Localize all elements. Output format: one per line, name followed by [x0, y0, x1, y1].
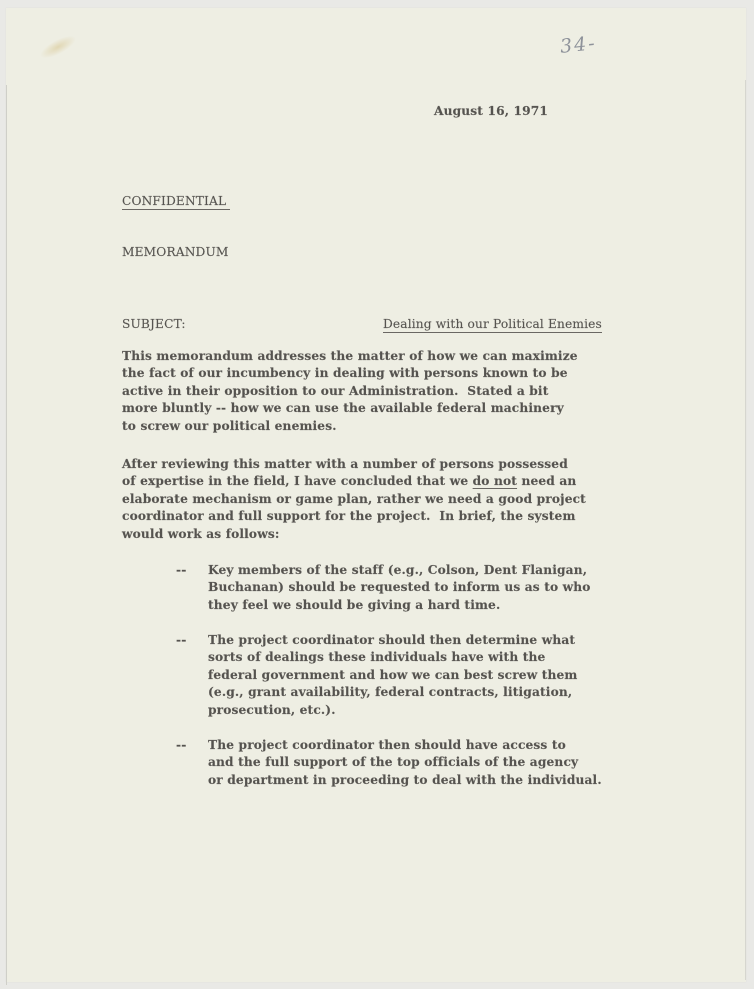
- text-line: Key members of the staff (e.g., Colson, …: [208, 562, 591, 579]
- paragraph-intro: This memorandum addresses the matter of …: [122, 348, 662, 435]
- text-line: the fact of our incumbency in dealing wi…: [122, 365, 662, 382]
- bullet-dash: --: [176, 632, 186, 649]
- text-line: The project coordinator then should have…: [208, 737, 602, 754]
- text-segment: need an: [517, 474, 576, 488]
- subject-title: Dealing with our Political Enemies: [383, 317, 602, 333]
- document-type: MEMORANDUM: [122, 245, 229, 259]
- page-edge-right: [745, 80, 746, 980]
- memo-date: August 16, 1971: [434, 104, 548, 118]
- text-line: would work as follows:: [122, 526, 662, 543]
- page-number-annotation: 34-: [559, 32, 598, 58]
- classification-label: CONFIDENTIAL: [122, 194, 230, 210]
- underlined-emphasis: do not: [473, 474, 517, 488]
- text-line: coordinator and full support for the pro…: [122, 508, 662, 525]
- bullet-dash: --: [176, 737, 186, 754]
- text-line: The project coordinator should then dete…: [208, 632, 577, 649]
- text-line: sorts of dealings these individuals have…: [208, 649, 577, 666]
- text-line: or department in proceeding to deal with…: [208, 772, 602, 789]
- text-line: active in their opposition to our Admini…: [122, 383, 662, 400]
- paragraph-conclusion: After reviewing this matter with a numbe…: [122, 456, 662, 543]
- text-line: federal government and how we can best s…: [208, 667, 577, 684]
- text-line: This memorandum addresses the matter of …: [122, 348, 662, 365]
- text-line: elaborate mechanism or game plan, rather…: [122, 491, 662, 508]
- text-line: they feel we should be giving a hard tim…: [208, 597, 591, 614]
- text-segment: of expertise in the field, I have conclu…: [122, 474, 473, 488]
- text-line: of expertise in the field, I have conclu…: [122, 473, 662, 490]
- text-line: to screw our political enemies.: [122, 418, 662, 435]
- text-line: Buchanan) should be requested to inform …: [208, 579, 591, 596]
- text-line: (e.g., grant availability, federal contr…: [208, 684, 577, 701]
- page-edge-left: [6, 85, 7, 985]
- subject-label: SUBJECT:: [122, 317, 186, 331]
- text-line: more bluntly -- how we can use the avail…: [122, 400, 662, 417]
- bullet-dash: --: [176, 562, 186, 579]
- text-line: prosecution, etc.).: [208, 702, 577, 719]
- text-line: and the full support of the top official…: [208, 754, 602, 771]
- text-line: After reviewing this matter with a numbe…: [122, 456, 662, 473]
